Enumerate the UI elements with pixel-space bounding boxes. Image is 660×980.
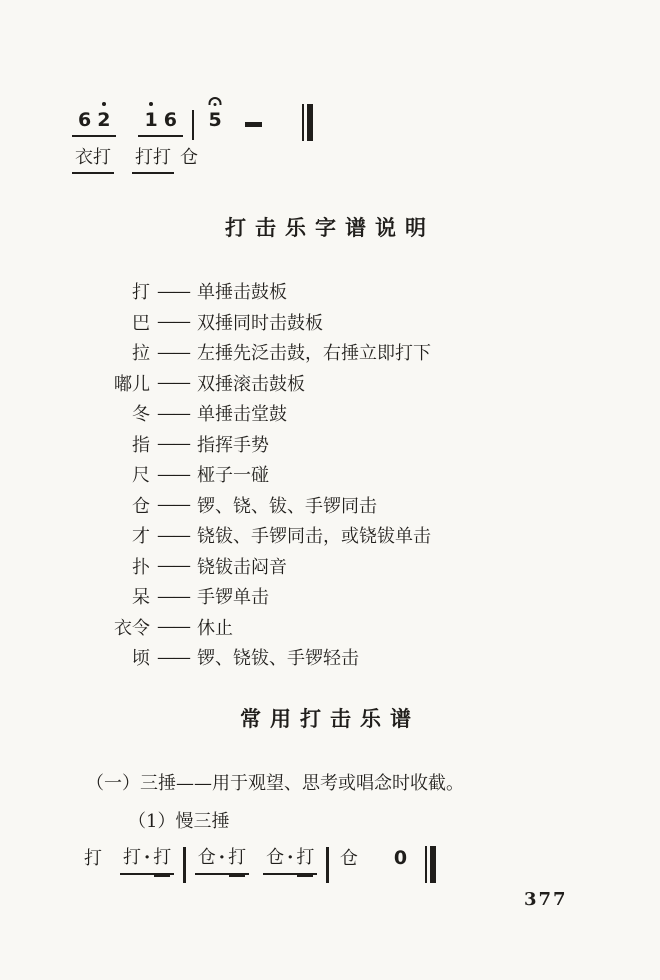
glossary-row: 呆——手锣单击	[68, 581, 630, 612]
notation-char: 5	[208, 110, 221, 132]
glossary-description: 手锣单击	[197, 583, 269, 609]
final-barline-thick	[307, 104, 313, 141]
dash-note	[245, 122, 262, 127]
glossary-description: 单捶击鼓板	[197, 278, 287, 304]
glossary-term: 嘟儿	[68, 370, 150, 396]
notation-char: 仓	[340, 849, 358, 870]
notation-char: 打	[228, 848, 246, 869]
glossary-row: 打——单捶击鼓板	[68, 276, 630, 307]
notation-char: 打	[153, 848, 171, 869]
notation-note: 0	[392, 848, 409, 875]
glossary-term: 指	[68, 431, 150, 457]
notation-char: 打	[296, 848, 314, 869]
notation-char: 衣	[75, 148, 93, 169]
notation-gap	[116, 136, 138, 137]
notation-note: 仓	[178, 148, 200, 174]
final-barline	[425, 846, 436, 883]
notation-char: 打	[153, 148, 171, 169]
glossary-row: 仓——锣、铙、钹、手锣同击	[68, 490, 630, 521]
intro-paragraph: （一）三捶——用于观望、思考或唱念时收截。	[86, 769, 464, 795]
notation-gap	[104, 874, 120, 875]
notation-gap	[409, 874, 419, 875]
glossary-dash: ——	[157, 464, 189, 485]
glossary-term: 呆	[68, 583, 150, 609]
glossary-dash: ——	[157, 616, 189, 637]
barline	[326, 847, 329, 883]
glossary-row: 巴——双捶同时击鼓板	[68, 307, 630, 338]
glossary-dash: ——	[157, 525, 189, 546]
rhythm-dot: ·	[219, 848, 225, 869]
final-barline-thin	[425, 846, 427, 883]
section-title-common-scores: 常用打击乐谱	[0, 703, 660, 733]
top-notation-block: 62165 衣打打打仓	[72, 88, 313, 174]
notation-char: 打	[93, 148, 111, 169]
glossary-description: 锣、铙钹、手锣轻击	[197, 644, 359, 670]
page-number: 377	[524, 889, 568, 910]
notation-gap	[360, 874, 392, 875]
notation-line-numbers: 62165	[72, 88, 313, 137]
notation-gap	[227, 136, 241, 137]
glossary-term: 衣令	[68, 614, 150, 640]
rhythm-dot: ·	[144, 848, 150, 869]
notation-char: 打	[84, 849, 102, 870]
glossary-row: 扑——铙钹击闷音	[68, 551, 630, 582]
glossary-description: 锣、铙、钹、手锣同击	[197, 492, 377, 518]
glossary-row: 冬——单捶击堂鼓	[68, 398, 630, 429]
barline	[183, 847, 186, 883]
glossary-description: 双捶滚击鼓板	[197, 370, 305, 396]
notation-char: 打	[123, 848, 141, 869]
glossary-dash: ——	[157, 555, 189, 576]
final-barline	[302, 104, 313, 141]
glossary-term: 顷	[68, 644, 150, 670]
glossary-row: 衣令——休止	[68, 612, 630, 643]
glossary-dash: ——	[157, 494, 189, 515]
glossary-term: 拉	[68, 339, 150, 365]
glossary-row: 才——铙钹、手锣同击，或铙钹单击	[68, 520, 630, 551]
notation-beam-group: 打·打	[120, 848, 174, 875]
notation-char: 仓	[198, 848, 216, 869]
glossary-dash: ——	[157, 372, 189, 393]
glossary-dash: ——	[157, 433, 189, 454]
notation-char: 6	[78, 110, 91, 132]
glossary-dash: ——	[157, 281, 189, 302]
glossary-description: 铙钹击闷音	[197, 553, 287, 579]
rhythm-dot: ·	[287, 848, 293, 869]
glossary-description: 休止	[197, 614, 233, 640]
glossary-description: 左捶先泛击鼓，右捶立即打下	[197, 339, 431, 365]
notation-char: 6	[164, 110, 177, 132]
glossary-term: 冬	[68, 400, 150, 426]
glossary-term: 扑	[68, 553, 150, 579]
glossary-row: 嘟儿——双捶滚击鼓板	[68, 368, 630, 399]
notation-beam-group: 打打	[132, 148, 174, 174]
notation-char: 0	[394, 848, 407, 870]
glossary-description: 指挥手势	[197, 431, 269, 457]
glossary-dash: ——	[157, 647, 189, 668]
notation-gap	[249, 874, 263, 875]
glossary-description: 双捶同时击鼓板	[197, 309, 323, 335]
notation-beam-group: 仓·打	[263, 848, 317, 875]
notation-char: 打	[135, 148, 153, 169]
notation-gap	[114, 173, 132, 174]
glossary-description: 铙钹、手锣同击，或铙钹单击	[197, 522, 431, 548]
glossary-term: 尺	[68, 461, 150, 487]
glossary-list: 打——单捶击鼓板巴——双捶同时击鼓板拉——左捶先泛击鼓，右捶立即打下嘟儿——双捶…	[68, 276, 630, 673]
notation-char: 1	[144, 110, 157, 132]
notation-line-syllables: 衣打打打仓	[72, 144, 313, 174]
barline	[192, 110, 195, 140]
glossary-dash: ——	[157, 586, 189, 607]
final-barline-thick	[430, 846, 436, 883]
final-barline-thin	[302, 104, 304, 141]
glossary-term: 仓	[68, 492, 150, 518]
bottom-notation-line: 打打·打仓·打仓·打仓0	[82, 830, 436, 875]
notation-beam-group: 衣打	[72, 148, 114, 174]
glossary-row: 尺——桠子一碰	[68, 459, 630, 490]
glossary-dash: ——	[157, 403, 189, 424]
glossary-description: 桠子一碰	[197, 461, 269, 487]
notation-char: 仓	[266, 848, 284, 869]
notation-beam-group: 仓·打	[195, 848, 249, 875]
notation-char: 2	[97, 110, 110, 132]
glossary-row: 指——指挥手势	[68, 429, 630, 460]
notation-char: 仓	[180, 148, 198, 169]
section-title-glossary: 打击乐字谱说明	[0, 212, 660, 242]
glossary-dash: ——	[157, 311, 189, 332]
glossary-term: 巴	[68, 309, 150, 335]
notation-note: 仓	[338, 849, 360, 875]
glossary-term: 才	[68, 522, 150, 548]
glossary-description: 单捶击堂鼓	[197, 400, 287, 426]
octave-dot-icon	[102, 102, 106, 106]
glossary-row: 拉——左捶先泛击鼓，右捶立即打下	[68, 337, 630, 368]
document-page: { "page": { "number": "377", "bg": "#f9f…	[0, 0, 660, 980]
glossary-term: 打	[68, 278, 150, 304]
octave-dot-icon	[149, 102, 153, 106]
notation-beam-group: 62	[72, 110, 116, 137]
notation-gap	[266, 136, 296, 137]
fermata-dot-icon	[214, 103, 217, 106]
notation-beam-group: 16	[138, 110, 182, 137]
notation-note: 5	[203, 110, 226, 137]
glossary-dash: ——	[157, 342, 189, 363]
glossary-row: 顷——锣、铙钹、手锣轻击	[68, 642, 630, 673]
notation-note: 打	[82, 849, 104, 875]
